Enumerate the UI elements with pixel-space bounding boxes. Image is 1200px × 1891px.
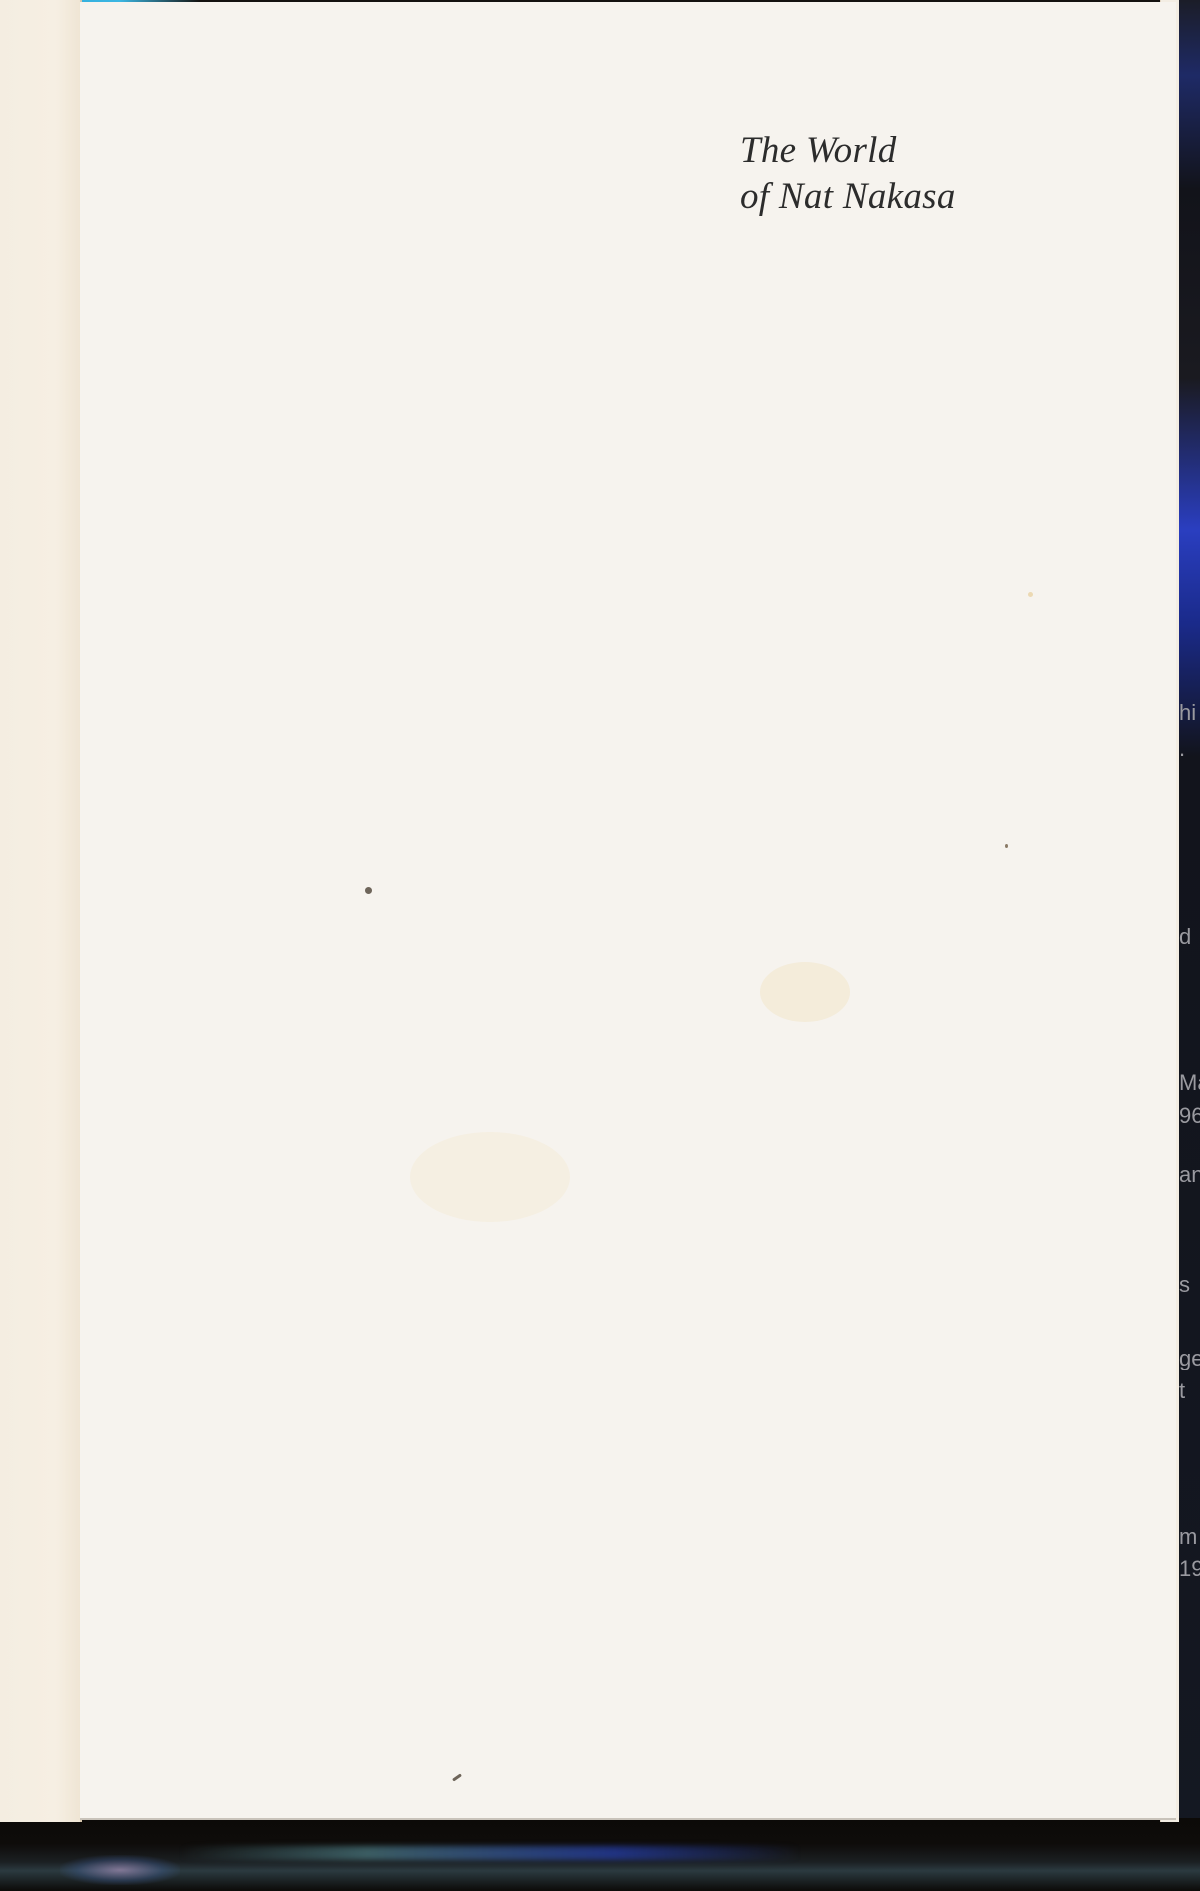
book-title: The World of Nat Nakasa <box>740 128 956 220</box>
edge-fragment: m <box>1179 1526 1200 1548</box>
edge-fragment: Ma <box>1179 1072 1200 1094</box>
book-page <box>80 2 1176 1820</box>
ink-speck <box>365 887 372 894</box>
edge-fragment: s <box>1179 1274 1200 1296</box>
title-line-1: The World <box>740 128 956 174</box>
edge-fragment: 19 <box>1179 1558 1200 1580</box>
edge-fragment: hi <box>1179 702 1200 724</box>
edge-fragment: . <box>1179 738 1200 760</box>
edge-fragment: t <box>1179 1380 1200 1402</box>
ink-speck <box>1005 844 1008 848</box>
foxing-stain <box>760 962 850 1022</box>
ink-mark <box>452 1773 462 1781</box>
title-line-2: of Nat Nakasa <box>740 174 956 220</box>
light-glint <box>60 1855 180 1885</box>
foxing-spot <box>1028 592 1033 597</box>
left-page-edge <box>0 0 82 1822</box>
edge-fragment: an <box>1179 1164 1200 1186</box>
foxing-stain <box>410 1132 570 1222</box>
edge-fragment: 96 <box>1179 1105 1200 1127</box>
edge-fragment: ge <box>1179 1348 1200 1370</box>
light-streak <box>180 1846 800 1860</box>
edge-fragment: d <box>1179 926 1200 948</box>
